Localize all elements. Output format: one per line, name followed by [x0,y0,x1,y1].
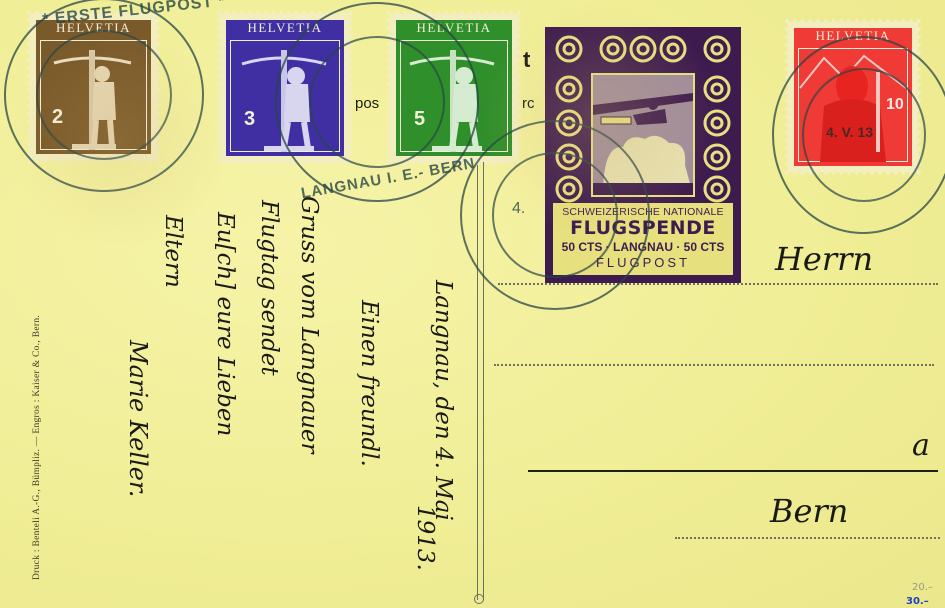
message-line-3: Flugtag sendet [256,200,282,376]
message-line-2: Gruss vom Langnauer [296,196,322,454]
postmark-inner-ring [309,36,445,168]
message-signature: Marie Keller. [124,340,152,497]
postmark-date-month: V. [842,124,854,140]
address-line-4 [675,537,940,539]
postmark-date-day: 4. [826,124,838,140]
printed-fragment-rc: rc [522,95,535,112]
postmark-middle [460,120,650,310]
address-city: Bern [770,492,848,530]
message-line-4: Eu[ch] eure Lieben [212,212,238,436]
divider-ornament [474,594,484,604]
postmark-date-day: 4. [512,200,525,218]
postmark-left [4,0,204,192]
pencil-note-price: 20.– [912,582,933,593]
postcard: Druck : Benteli A.-G., Bümpliz. — Engros… [0,0,945,608]
message-place-date: Langnau, den 4. Mai [430,280,456,521]
postmark-date-year: 13 [857,124,873,140]
message-line-5: Eltern [160,215,186,288]
postmark-inner-ring [492,152,618,278]
postmark-date: 4. V. 13 [826,124,873,140]
printed-fragment-t: t [523,47,530,73]
printer-imprint: Druck : Benteli A.-G., Bümpliz. — Engros… [32,315,42,580]
message-year: 1913. [412,505,438,571]
address-line-2 [494,364,934,366]
address-salutation: Herrn [775,240,873,278]
pencil-note-blue: 30.– [906,596,929,607]
postmark-inner-ring [36,30,172,160]
message-line-1: Einen freundl. [356,300,382,467]
address-line-2-text: a [912,428,930,463]
address-line-3 [528,470,938,472]
